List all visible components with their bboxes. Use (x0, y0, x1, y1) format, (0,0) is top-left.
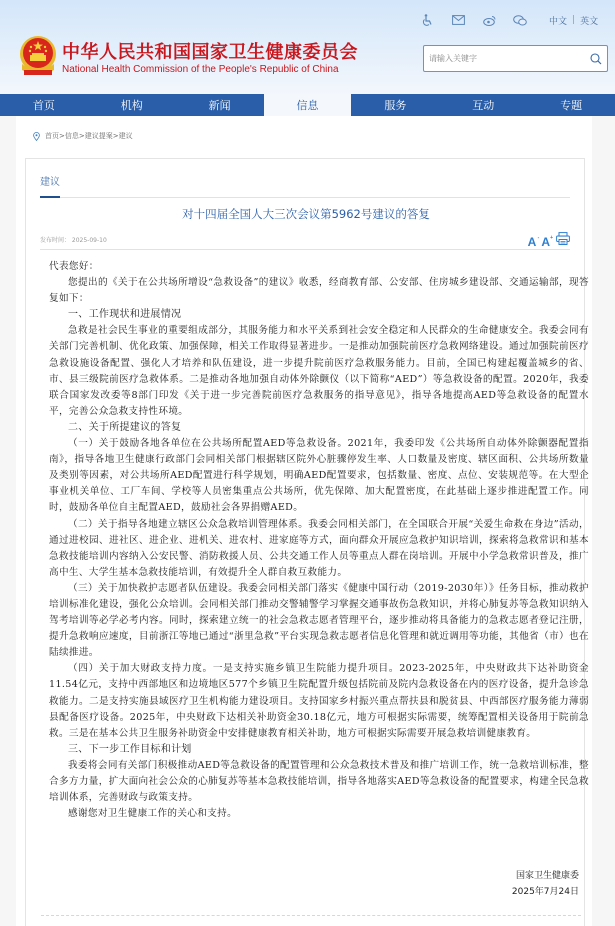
nav-item-organization[interactable]: 机构 (88, 94, 176, 116)
article-tools: A- A+ (528, 230, 570, 249)
search-icon (590, 53, 602, 65)
main-nav: 首页 机构 新闻 信息 服务 互动 专题 (0, 94, 615, 116)
nav-item-home[interactable]: 首页 (0, 94, 88, 116)
font-larger-button[interactable]: A- (528, 235, 537, 249)
tab-divider (40, 197, 570, 198)
signature-date: 2025年7月24日 (512, 884, 579, 900)
nav-item-interaction[interactable]: 互动 (439, 94, 527, 116)
paragraph-intro: 您提出的《关于在公共场所增设“急救设备”的建议》收悉，经商教育部、公安部、住房城… (49, 275, 589, 307)
section-heading-1: 一、工作现状和进展情况 (49, 307, 589, 323)
paragraph: （三）关于加快救护志愿者队伍建设。我委会同相关部门落实《健康中国行动（2019-… (49, 581, 589, 661)
section-heading-2: 二、关于所提建议的答复 (49, 420, 589, 436)
print-icon (556, 232, 570, 245)
paragraph: （四）关于加大财政支持力度。一是支持实施乡镇卫生院能力提升项目。2023-202… (49, 661, 589, 741)
location-pin-icon (33, 132, 40, 141)
accessibility-icon[interactable] (420, 13, 434, 27)
salutation: 代表您好： (49, 259, 589, 275)
site-subtitle-en: National Health Commission of the People… (62, 64, 339, 75)
search-box (423, 45, 608, 72)
closing-line: 感谢您对卫生健康工作的关心和支持。 (49, 806, 589, 822)
paragraph: （二）关于指导各地建立辖区公众急救培训管理体系。我委会同相关部门，在全国联合开展… (49, 517, 589, 581)
nav-item-topics[interactable]: 专题 (527, 94, 615, 116)
nav-item-news[interactable]: 新闻 (176, 94, 264, 116)
weibo-icon[interactable] (482, 13, 496, 27)
paragraph: 急救是社会民生事业的重要组成部分，其服务能力和水平关系到社会安全稳定和人民群众的… (49, 323, 589, 420)
section-heading-3: 三、下一步工作目标和计划 (49, 742, 589, 758)
title-divider (40, 249, 570, 250)
mail-icon[interactable] (451, 13, 465, 27)
lang-chinese-link[interactable]: 中文 (549, 14, 567, 27)
breadcrumb: 首页>信息>建议提案>建议 (33, 131, 133, 141)
breadcrumb-path[interactable]: 首页>信息>建议提案>建议 (45, 131, 133, 141)
language-switch: 中文 | 英文 (549, 14, 598, 27)
article-body: 代表您好： 您提出的《关于在公共场所增设“急救设备”的建议》收悉，经商教育部、公… (49, 259, 589, 822)
nav-item-information[interactable]: 信息 (264, 94, 352, 116)
top-toolbar: 中文 | 英文 (420, 12, 598, 28)
national-emblem-logo[interactable] (18, 34, 58, 78)
paragraph: 我委将会同有关部门积极推动AED等急救设备的配置管理和公众急救技术普及和推广培训… (49, 758, 589, 806)
search-button[interactable] (585, 48, 607, 70)
font-smaller-button[interactable]: A+ (541, 235, 550, 249)
nav-item-services[interactable]: 服务 (351, 94, 439, 116)
wechat-icon[interactable] (513, 13, 527, 27)
print-button[interactable] (556, 230, 570, 249)
paragraph: （一）关于鼓励各地各单位在公共场所配置AED等急救设备。2021年，我委印发《公… (49, 436, 589, 516)
site-header: 中华人民共和国国家卫生健康委员会 National Health Commiss… (0, 0, 615, 95)
signature-block: 国家卫生健康委 2025年7月24日 (512, 868, 579, 900)
bottom-divider (41, 915, 581, 916)
article-title: 对十四届全国人大三次会议第5962号建议的答复 (26, 206, 586, 222)
signature-org: 国家卫生健康委 (512, 868, 579, 884)
search-input[interactable] (424, 46, 585, 71)
lang-english-link[interactable]: 英文 (580, 14, 598, 27)
lang-separator: | (572, 15, 575, 25)
publish-date: 发布时间： 2025-09-10 (40, 235, 107, 244)
tab-suggestion[interactable]: 建议 (40, 173, 60, 198)
site-title[interactable]: 中华人民共和国国家卫生健康委员会 (62, 38, 358, 64)
